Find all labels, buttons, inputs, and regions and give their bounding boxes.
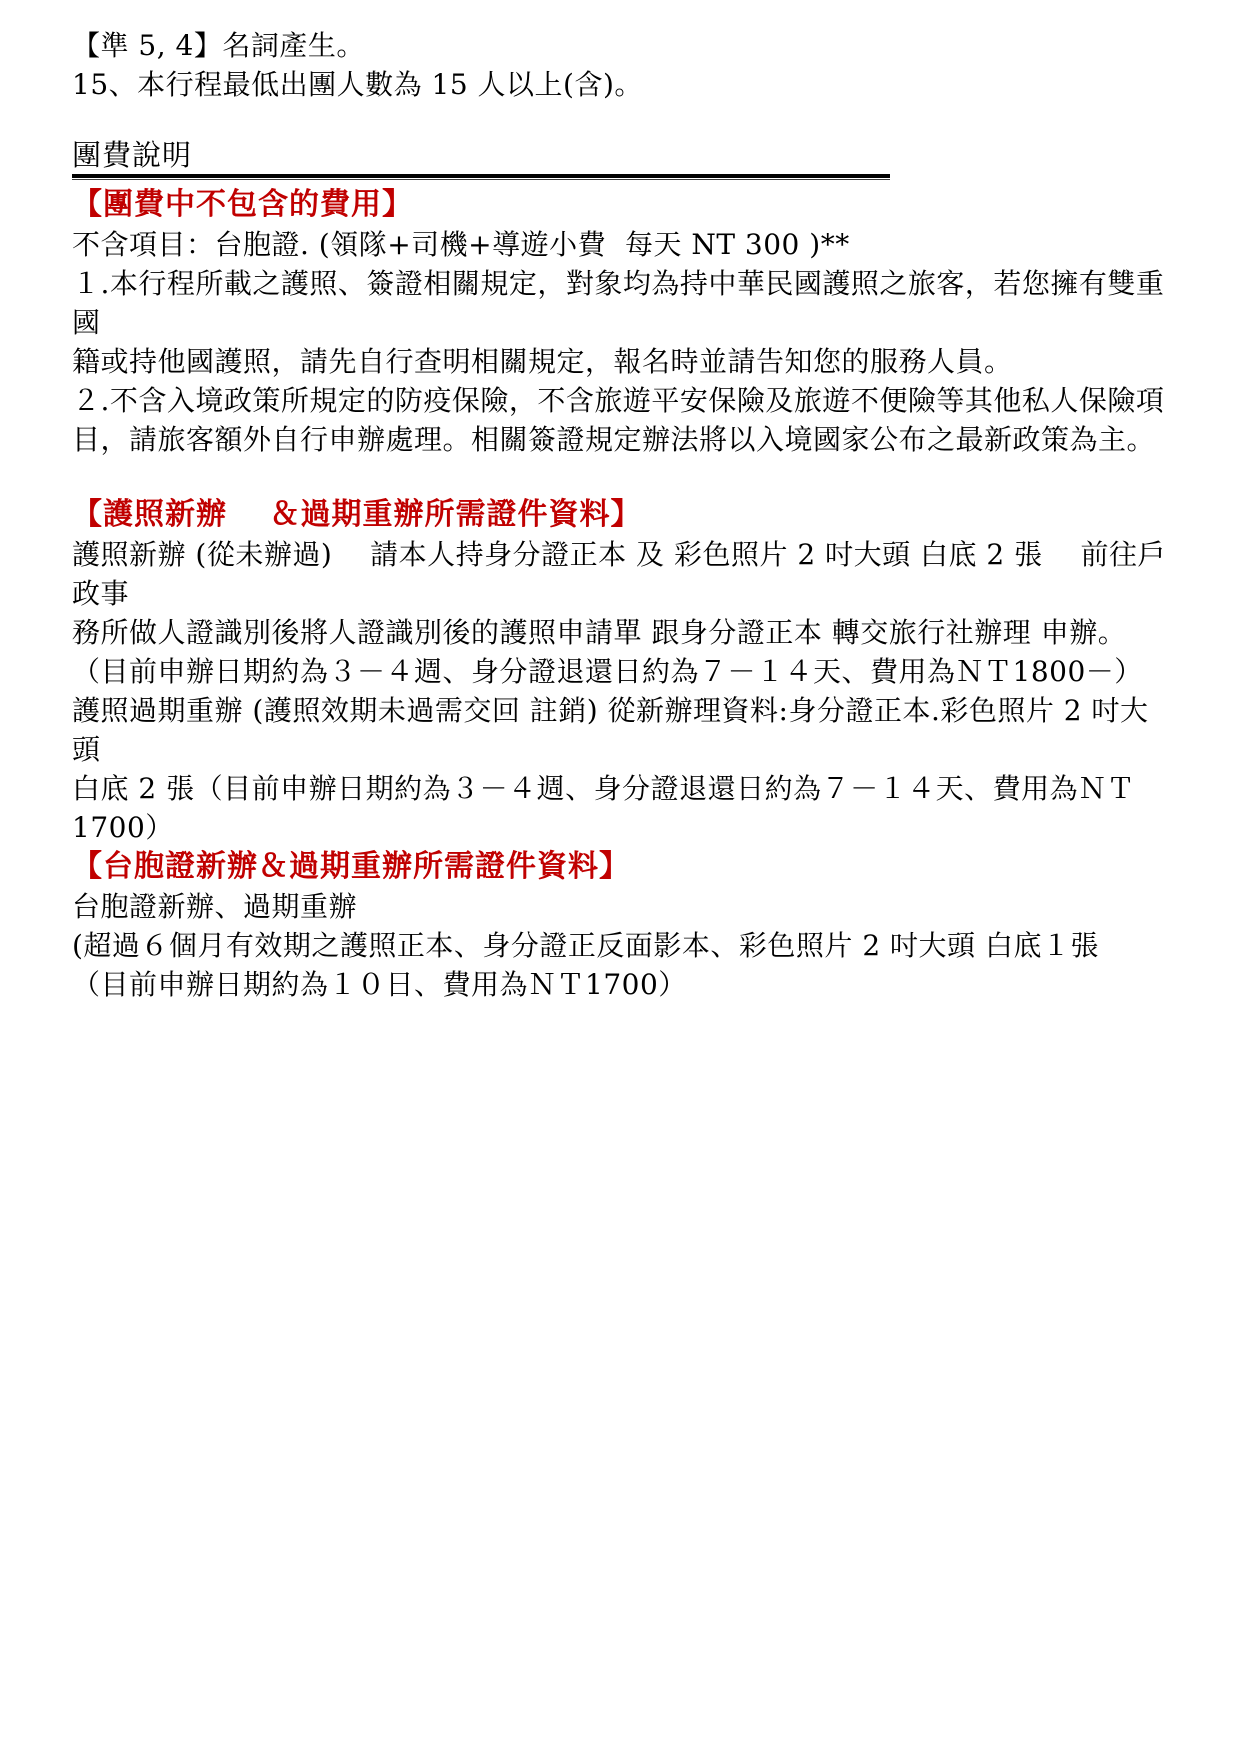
- passport-application-line: 護照新辦 (從未辦過) 請本人持身分證正本 及 彩色照片 2 吋大頭 白底 2 …: [72, 535, 1171, 613]
- document-page: 【準 5, 4】名詞產生。 15、本行程最低出團人數為 15 人以上(含)。 團…: [0, 0, 1241, 1755]
- taibaozheng-application-line: (超過６個月有效期之護照正本、身分證正反面影本、彩色照片 2 吋大頭 白底１張: [72, 926, 1171, 965]
- taibaozheng-application-heading: 【台胞證新辦＆過期重辦所需證件資料】: [72, 847, 1171, 887]
- fees-not-included-line: 目，請旅客額外自行申辦處理。相關簽證規定辦法將以入境國家公布之最新政策為主。: [72, 420, 1171, 459]
- passport-application-heading: 【護照新辦 ＆過期重辦所需證件資料】: [72, 495, 1171, 535]
- intro-line-terms: 【準 5, 4】名詞產生。: [72, 26, 1171, 65]
- intro-line-min-group-size: 15、本行程最低出團人數為 15 人以上(含)。: [72, 65, 1171, 104]
- fee-description-title-block: 團費說明: [72, 138, 890, 180]
- passport-application-line: 護照過期重辦 (護照效期未過需交回 註銷) 從新辦理資料:身分證正本.彩色照片 …: [72, 691, 1171, 769]
- passport-application-line: （目前申辦日期約為３－４週、身分證退還日約為７－１４天、費用為ＮＴ1800－）: [72, 652, 1171, 691]
- fees-not-included-line: 籍或持他國護照，請先自行查明相關規定，報名時並請告知您的服務人員。: [72, 342, 1171, 381]
- fee-description-title: 團費說明: [72, 138, 890, 172]
- taibaozheng-application-line: （目前申辦日期約為１０日、費用為ＮＴ1700）: [72, 965, 1171, 1004]
- fees-not-included-heading: 【團費中不包含的費用】: [72, 185, 1171, 225]
- taibaozheng-application-line: 台胞證新辦、過期重辦: [72, 887, 1171, 926]
- title-underline-rule: [72, 174, 890, 180]
- fees-not-included-line: １.本行程所載之護照、簽證相關規定，對象均為持中華民國護照之旅客，若您擁有雙重國: [72, 264, 1171, 342]
- passport-application-line: 1700）: [72, 808, 1171, 847]
- passport-application-line: 務所做人證識別後將人證識別後的護照申請單 跟身分證正本 轉交旅行社辦理 申辦。: [72, 613, 1171, 652]
- fees-not-included-line: ２.不含入境政策所規定的防疫保險，不含旅遊平安保險及旅遊不便險等其他私人保險項: [72, 381, 1171, 420]
- passport-application-line: 白底 2 張（目前申辦日期約為３－４週、身分證退還日約為７－１４天、費用為ＮＴ: [72, 769, 1171, 808]
- fees-not-included-line: 不含項目：台胞證. (領隊+司機+導遊小費 每天 NT 300 )**: [72, 225, 1171, 264]
